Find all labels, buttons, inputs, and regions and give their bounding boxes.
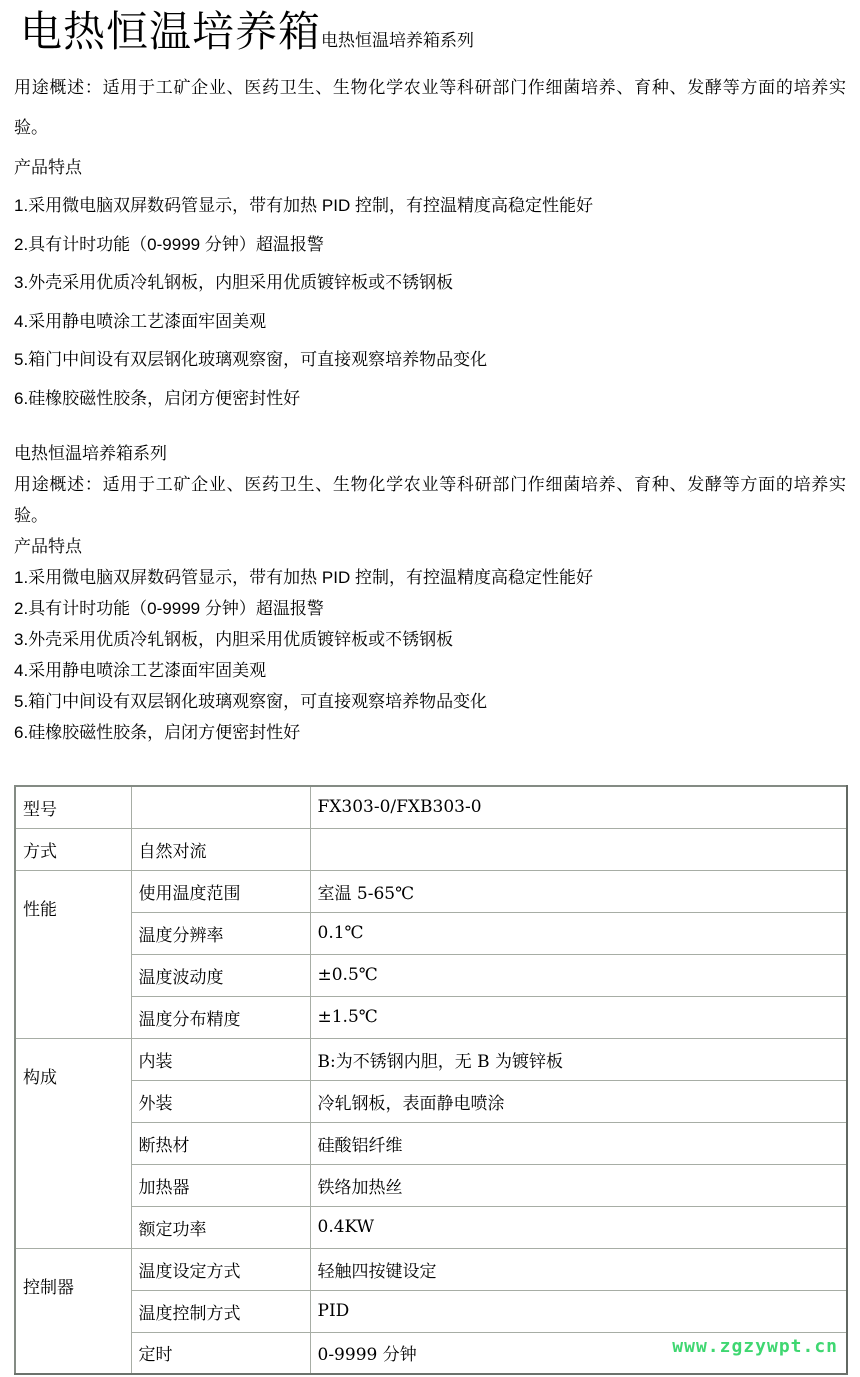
feature-item: 4.采用静电喷涂工艺漆面牢固美观 (14, 655, 846, 686)
group-cell-controller: 控制器 (15, 1248, 131, 1374)
spec-row: 温度波动度 ±0.5℃ (15, 954, 847, 996)
spec-row: 加热器 铁络加热丝 (15, 1164, 847, 1206)
spec-row: 温度分辨率 0.1℃ (15, 912, 847, 954)
value-cell: 轻触四按键设定 (310, 1248, 847, 1290)
value-cell: 0.1℃ (310, 912, 847, 954)
header: 电热恒温培养箱 电热恒温培养箱系列 (14, 0, 846, 60)
product-document-page: 电热恒温培养箱 电热恒温培养箱系列 用途概述：适用于工矿企业、医药卫生、生物化学… (0, 0, 860, 1377)
value-cell: 铁络加热丝 (310, 1164, 847, 1206)
feature-item: 6.硅橡胶磁性胶条，启闭方便密封性好 (14, 380, 846, 419)
feature-item: 3.外壳采用优质冷轧钢板，内胆采用优质镀锌板或不锈钢板 (14, 264, 846, 303)
value-cell: 硅酸铝纤维 (310, 1122, 847, 1164)
feature-item: 1.采用微电脑双屏数码管显示，带有加热 PID 控制，有控温精度高稳定性能好 (14, 187, 846, 226)
section-overview-1: 用途概述：适用于工矿企业、医药卫生、生物化学农业等科研部门作细菌培养、育种、发酵… (14, 60, 846, 432)
series-heading: 电热恒温培养箱系列 (14, 438, 846, 469)
spec-row: 构成 内装 B:为不锈钢内胆，无 B 为镀锌板 (15, 1038, 847, 1080)
group-cell-construction: 构成 (15, 1038, 131, 1248)
label-cell: 外装 (131, 1080, 310, 1122)
value-cell: PID (310, 1290, 847, 1332)
label-cell: 内装 (131, 1038, 310, 1080)
value-cell: ±1.5℃ (310, 996, 847, 1038)
group-cell-performance: 性能 (15, 870, 131, 1038)
label-cell: 使用温度范围 (131, 870, 310, 912)
label-cell: 额定功率 (131, 1206, 310, 1248)
watermark-url: www.zgzywpt.cn (672, 1336, 838, 1357)
label-cell: 温度控制方式 (131, 1290, 310, 1332)
page-title: 电热恒温培养箱 (20, 8, 321, 56)
feature-item: 2.具有计时功能（0-9999 分钟）超温报警 (14, 593, 846, 624)
group-cell-mode: 方式 (15, 828, 131, 870)
spec-row: 温度控制方式 PID (15, 1290, 847, 1332)
value-cell: ±0.5℃ (310, 954, 847, 996)
feature-item: 1.采用微电脑双屏数码管显示，带有加热 PID 控制，有控温精度高稳定性能好 (14, 562, 846, 593)
feature-item: 4.采用静电喷涂工艺漆面牢固美观 (14, 303, 846, 342)
page-title-suffix: 电热恒温培养箱系列 (321, 26, 474, 51)
value-cell: FX303-0/FXB303-0 (310, 786, 847, 828)
value-cell: B:为不锈钢内胆，无 B 为镀锌板 (310, 1038, 847, 1080)
value-cell: 冷轧钢板，表面静电喷涂 (310, 1080, 847, 1122)
section-overview-2: 电热恒温培养箱系列 用途概述：适用于工矿企业、医药卫生、生物化学农业等科研部门作… (14, 432, 846, 748)
label-cell: 断热材 (131, 1122, 310, 1164)
features-heading: 产品特点 (14, 531, 846, 562)
value-cell (310, 828, 847, 870)
value-cell: 室温 5-65℃ (310, 870, 847, 912)
feature-item: 3.外壳采用优质冷轧钢板，内胆采用优质镀锌板或不锈钢板 (14, 624, 846, 655)
label-cell: 温度分布精度 (131, 996, 310, 1038)
spec-row: 型号 FX303-0/FXB303-0 (15, 786, 847, 828)
label-cell: 定时 (131, 1332, 310, 1374)
spacer (14, 748, 846, 785)
label-cell: 温度波动度 (131, 954, 310, 996)
spec-row: 断热材 硅酸铝纤维 (15, 1122, 847, 1164)
usage-paragraph: 用途概述：适用于工矿企业、医药卫生、生物化学农业等科研部门作细菌培养、育种、发酵… (14, 68, 846, 148)
spec-row: 控制器 温度设定方式 轻触四按键设定 (15, 1248, 847, 1290)
feature-item: 5.箱门中间设有双层钢化玻璃观察窗，可直接观察培养物品变化 (14, 686, 846, 717)
label-cell: 自然对流 (131, 828, 310, 870)
group-cell-model: 型号 (15, 786, 131, 828)
spec-row: 温度分布精度 ±1.5℃ (15, 996, 847, 1038)
spec-row: 方式 自然对流 (15, 828, 847, 870)
spec-row: 额定功率 0.4KW (15, 1206, 847, 1248)
usage-paragraph: 用途概述：适用于工矿企业、医药卫生、生物化学农业等科研部门作细菌培养、育种、发酵… (14, 469, 846, 531)
value-cell: 0.4KW (310, 1206, 847, 1248)
spec-table: 型号 FX303-0/FXB303-0 方式 自然对流 性能 使用温度范围 室温… (14, 785, 848, 1375)
spec-row: 外装 冷轧钢板，表面静电喷涂 (15, 1080, 847, 1122)
feature-item: 6.硅橡胶磁性胶条，启闭方便密封性好 (14, 717, 846, 748)
spec-row: 性能 使用温度范围 室温 5-65℃ (15, 870, 847, 912)
label-cell (131, 786, 310, 828)
label-cell: 加热器 (131, 1164, 310, 1206)
features-heading: 产品特点 (14, 148, 846, 187)
feature-item: 2.具有计时功能（0-9999 分钟）超温报警 (14, 226, 846, 265)
label-cell: 温度设定方式 (131, 1248, 310, 1290)
feature-item: 5.箱门中间设有双层钢化玻璃观察窗，可直接观察培养物品变化 (14, 341, 846, 380)
label-cell: 温度分辨率 (131, 912, 310, 954)
